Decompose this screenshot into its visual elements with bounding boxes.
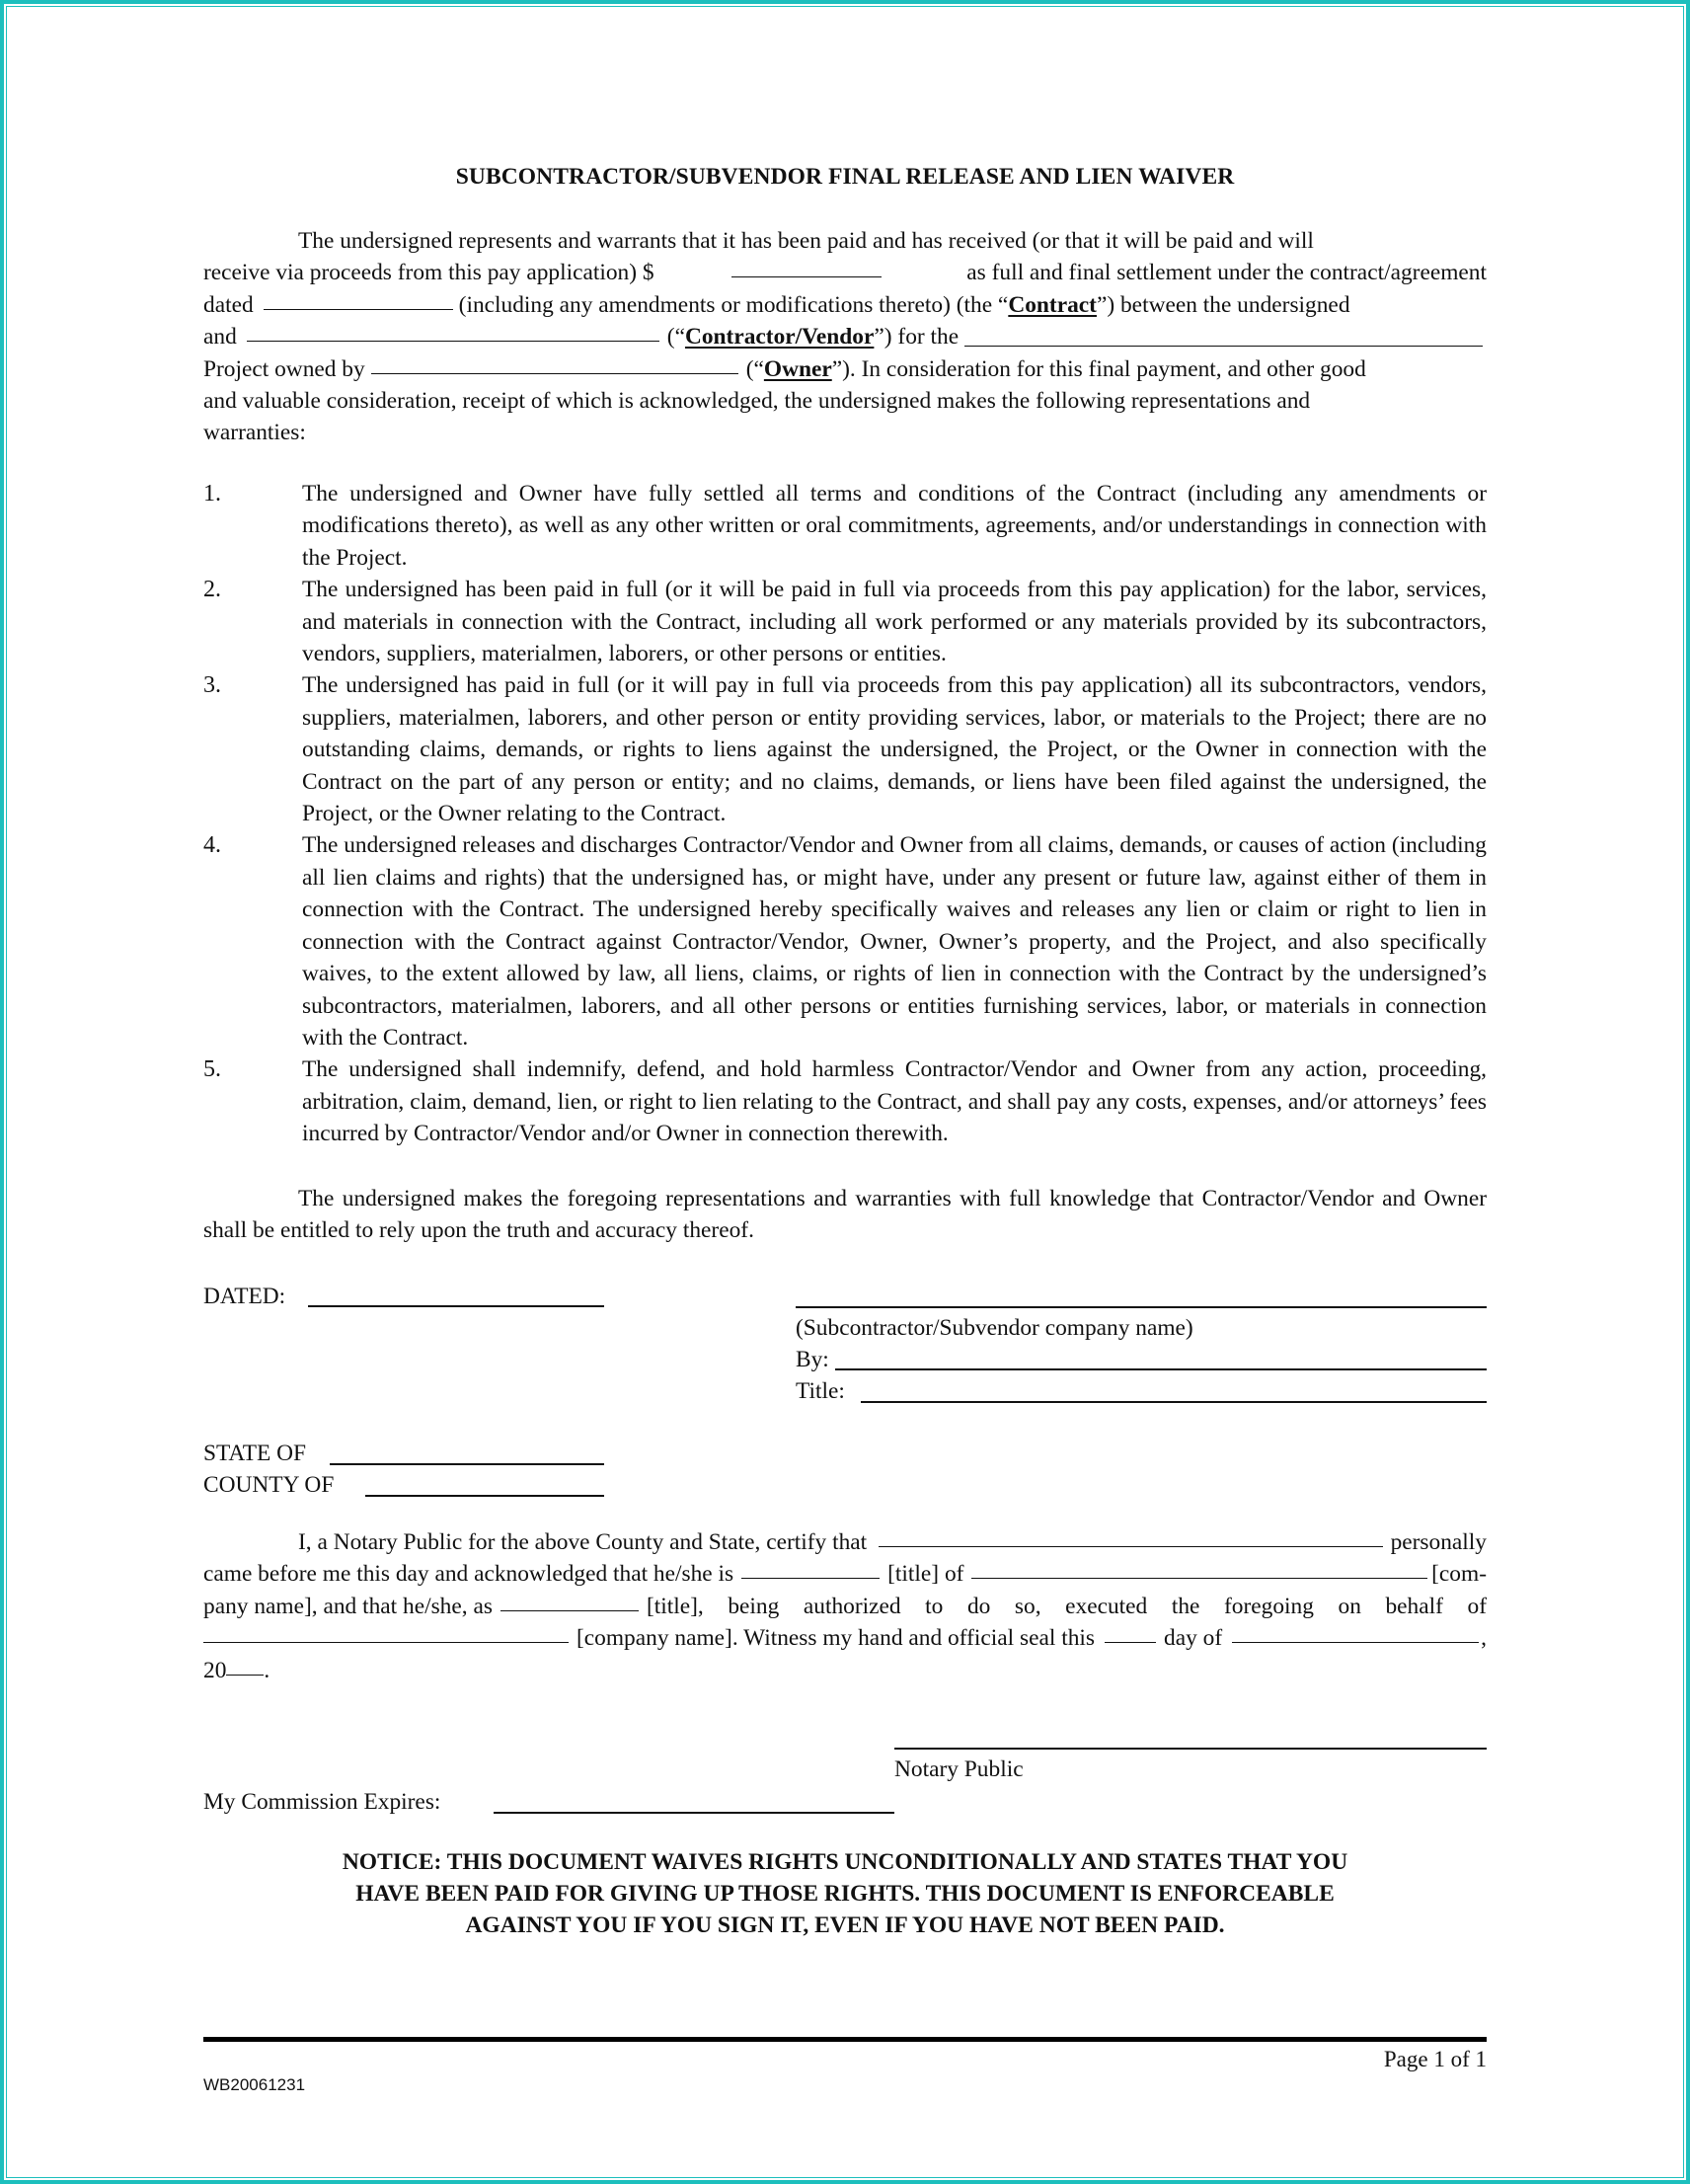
by-signature-field[interactable] xyxy=(835,1368,1487,1370)
list-item-number: 2. xyxy=(203,574,302,605)
county-field[interactable] xyxy=(365,1495,604,1497)
owner-name-field[interactable] xyxy=(371,353,738,374)
footer-divider xyxy=(203,2037,1487,2042)
contract-term: Contract xyxy=(1008,292,1097,318)
list-item: 3. The undersigned has paid in full (or … xyxy=(203,669,1487,829)
company-name-field[interactable] xyxy=(796,1306,1487,1308)
county-label: COUNTY OF xyxy=(203,1470,334,1500)
contract-date-field[interactable] xyxy=(264,289,453,310)
intro-paragraph: The undersigned represents and warrants … xyxy=(203,225,1487,449)
list-item: 5. The undersigned shall indemnify, defe… xyxy=(203,1053,1487,1149)
commission-expires-label: My Commission Expires: xyxy=(203,1787,440,1817)
commission-expires-field[interactable] xyxy=(494,1812,894,1814)
contractor-vendor-name-field[interactable] xyxy=(247,321,659,342)
list-item-number: 1. xyxy=(203,478,302,509)
settlement-amount-field[interactable] xyxy=(731,257,882,277)
waiver-notice: NOTICE: THIS DOCUMENT WAIVES RIGHTS UNCO… xyxy=(203,1846,1487,1941)
list-item-text: The undersigned releases and discharges … xyxy=(302,829,1487,1053)
notary-year-field[interactable] xyxy=(226,1655,264,1676)
dated-field[interactable] xyxy=(308,1305,604,1307)
list-item: 1. The undersigned and Owner have fully … xyxy=(203,478,1487,574)
document-title: SUBCONTRACTOR/SUBVENDOR FINAL RELEASE AN… xyxy=(203,164,1487,191)
notary-month-field[interactable] xyxy=(1232,1622,1479,1643)
notary-public-caption: Notary Public xyxy=(894,1755,1024,1784)
project-name-field[interactable] xyxy=(964,321,1483,346)
notary-paragraph: I, a Notary Public for the above County … xyxy=(203,1526,1487,1686)
notary-title-field-1[interactable] xyxy=(741,1558,880,1579)
signer-title-field[interactable] xyxy=(861,1401,1487,1403)
document-code: WB20061231 xyxy=(203,2075,305,2095)
page-number: Page 1 of 1 xyxy=(1384,2047,1487,2072)
notary-title-field-2[interactable] xyxy=(500,1591,639,1611)
list-item-text: The undersigned shall indemnify, defend,… xyxy=(302,1053,1487,1149)
document-page: SUBCONTRACTOR/SUBVENDOR FINAL RELEASE AN… xyxy=(203,0,1487,2184)
state-field[interactable] xyxy=(330,1463,604,1465)
notary-company-field-1[interactable] xyxy=(971,1558,1427,1579)
intro-line-1: The undersigned represents and warrants … xyxy=(298,225,1314,257)
notary-company-field-2[interactable] xyxy=(203,1622,569,1643)
company-name-caption: (Subcontractor/Subvendor company name) xyxy=(796,1313,1193,1343)
title-label: Title: xyxy=(796,1376,845,1406)
owner-term: Owner xyxy=(764,356,832,382)
list-item-number: 5. xyxy=(203,1053,302,1085)
list-item-text: The undersigned has paid in full (or it … xyxy=(302,669,1487,829)
list-item-number: 3. xyxy=(203,669,302,701)
list-item-text: The undersigned and Owner have fully set… xyxy=(302,478,1487,574)
contractor-vendor-term: Contractor/Vendor xyxy=(685,324,874,350)
notary-signature-field[interactable] xyxy=(894,1748,1487,1750)
dated-label: DATED: xyxy=(203,1282,285,1311)
list-item-number: 4. xyxy=(203,829,302,861)
notary-day-field[interactable] xyxy=(1105,1622,1156,1643)
closing-paragraph: The undersigned makes the foregoing repr… xyxy=(203,1183,1487,1247)
list-item: 4. The undersigned releases and discharg… xyxy=(203,829,1487,1053)
list-item-text: The undersigned has been paid in full (o… xyxy=(302,574,1487,669)
by-label: By: xyxy=(796,1345,829,1374)
representations-list: 1. The undersigned and Owner have fully … xyxy=(203,478,1487,1150)
list-item: 2. The undersigned has been paid in full… xyxy=(203,574,1487,669)
state-label: STATE OF xyxy=(203,1439,306,1468)
notary-person-name-field[interactable] xyxy=(879,1526,1382,1547)
